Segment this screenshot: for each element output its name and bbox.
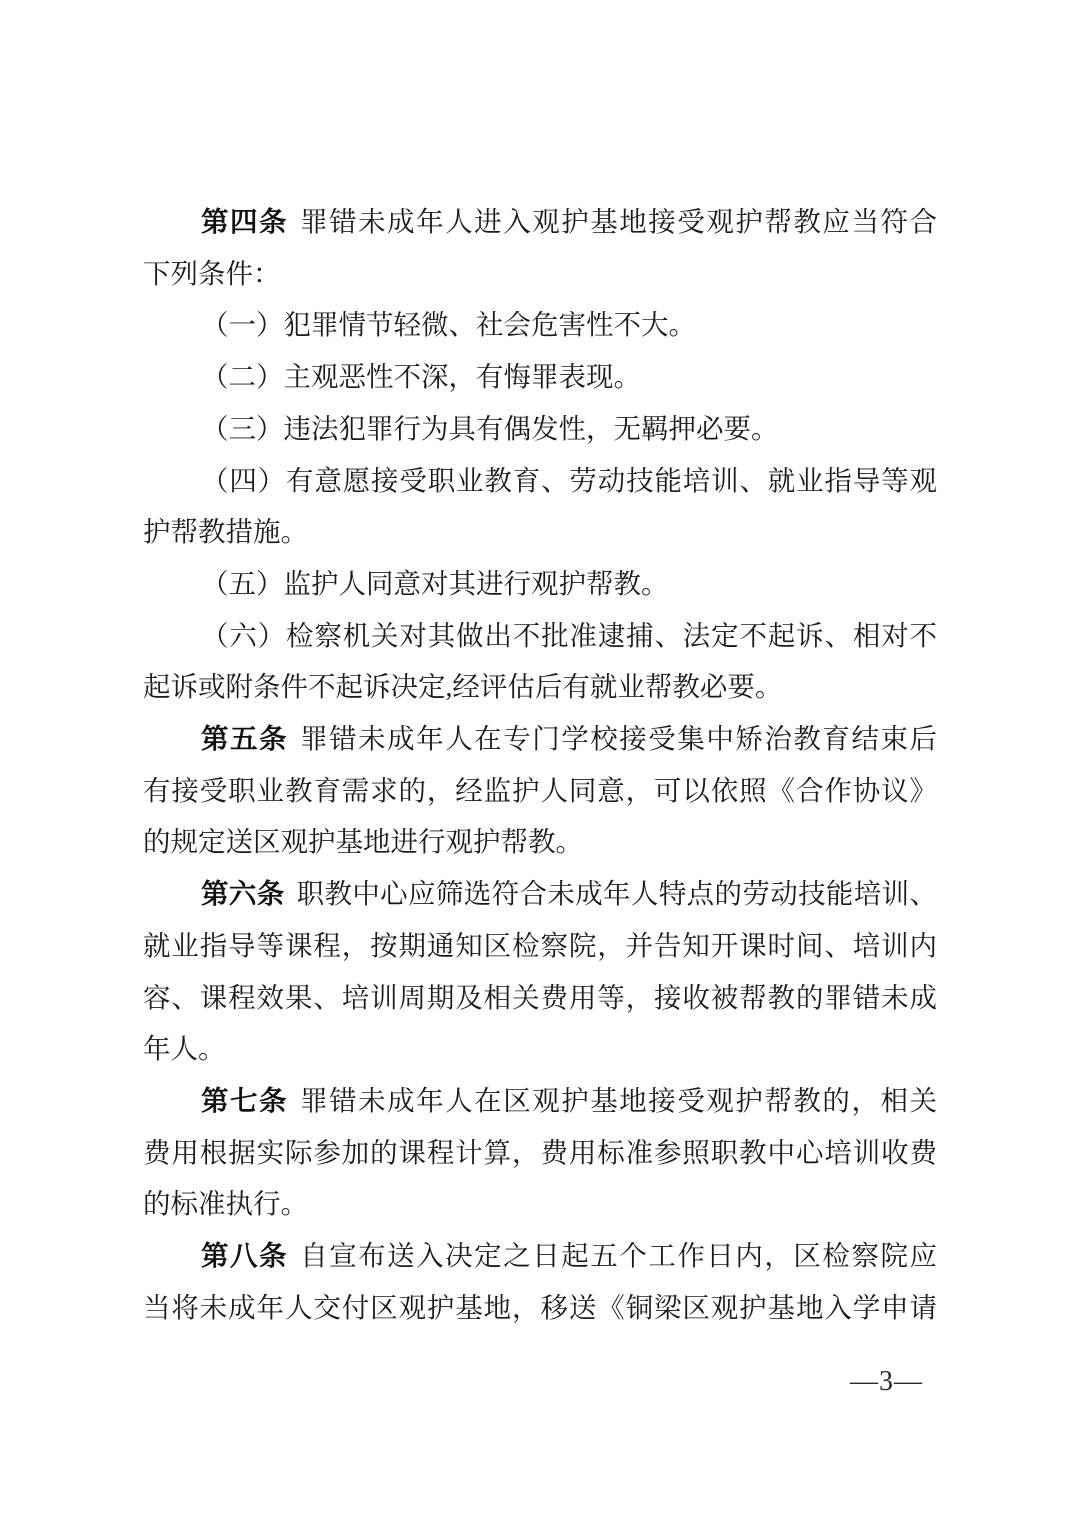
- text-line: 第八条自宣布送入决定之日起五个工作日内，区检察院应: [143, 1230, 937, 1282]
- document-body: 第四条罪错未成年人进入观护基地接受观护帮教应当符合下列条件：（一）犯罪情节轻微、…: [143, 196, 937, 1333]
- line-text: （六）检察机关对其做出不批准逮捕、法定不起诉、相对不: [201, 620, 937, 651]
- line-text: 自宣布送入决定之日起五个工作日内，区检察院应: [300, 1240, 937, 1271]
- line-text: 费用根据实际参加的课程计算，费用标准参照职教中心培训收费: [143, 1137, 937, 1168]
- line-text: 下列条件：: [143, 258, 281, 289]
- text-line: 费用根据实际参加的课程计算，费用标准参照职教中心培训收费: [143, 1127, 937, 1179]
- line-text: 罪错未成年人在专门学校接受集中矫治教育结束后: [300, 723, 937, 754]
- article-number: 第八条: [201, 1240, 288, 1271]
- text-line: 有接受职业教育需求的，经监护人同意，可以依照《合作协议》: [143, 765, 937, 817]
- text-line: 护帮教措施。: [143, 506, 937, 558]
- article-number: 第七条: [201, 1085, 288, 1116]
- text-line: （六）检察机关对其做出不批准逮捕、法定不起诉、相对不: [143, 610, 937, 662]
- text-line: 起诉或附条件不起诉决定,经评估后有就业帮教必要。: [143, 661, 937, 713]
- text-line: 第五条罪错未成年人在专门学校接受集中矫治教育结束后: [143, 713, 937, 765]
- text-line: 容、课程效果、培训周期及相关费用等，接收被帮教的罪错未成: [143, 972, 937, 1024]
- text-line: （三）违法犯罪行为具有偶发性，无羁押必要。: [143, 403, 937, 455]
- line-text: 职教中心应筛选符合未成年人特点的劳动技能培训、: [297, 878, 937, 909]
- line-text: 起诉或附条件不起诉决定,经评估后有就业帮教必要。: [143, 671, 782, 702]
- document-page: 第四条罪错未成年人进入观护基地接受观护帮教应当符合下列条件：（一）犯罪情节轻微、…: [0, 0, 1074, 1520]
- line-text: 有接受职业教育需求的，经监护人同意，可以依照《合作协议》: [143, 775, 937, 806]
- line-text: 当将未成年人交付区观护基地，移送《铜梁区观护基地入学申请: [143, 1292, 937, 1323]
- article-number: 第五条: [201, 723, 288, 754]
- text-line: 第七条罪错未成年人在区观护基地接受观护帮教的，相关: [143, 1075, 937, 1127]
- text-line: 的标准执行。: [143, 1178, 937, 1230]
- line-text: （二）主观恶性不深，有悔罪表现。: [201, 361, 641, 392]
- text-line: 下列条件：: [143, 248, 937, 300]
- line-text: 容、课程效果、培训周期及相关费用等，接收被帮教的罪错未成: [143, 982, 937, 1013]
- text-line: （四）有意愿接受职业教育、劳动技能培训、就业指导等观: [143, 455, 937, 507]
- line-text: 罪错未成年人在区观护基地接受观护帮教的，相关: [300, 1085, 937, 1116]
- line-text: 年人。: [143, 1033, 226, 1064]
- text-line: 就业指导等课程，按期通知区检察院，并告知开课时间、培训内: [143, 920, 937, 972]
- page-number: —3—: [850, 1362, 923, 1402]
- line-text: （三）违法犯罪行为具有偶发性，无羁押必要。: [201, 413, 779, 444]
- text-line: 的规定送区观护基地进行观护帮教。: [143, 816, 937, 868]
- text-line: 第六条职教中心应筛选符合未成年人特点的劳动技能培训、: [143, 868, 937, 920]
- text-line: （五）监护人同意对其进行观护帮教。: [143, 558, 937, 610]
- line-text: （四）有意愿接受职业教育、劳动技能培训、就业指导等观: [201, 465, 937, 496]
- article-number: 第六条: [201, 878, 285, 909]
- text-line: （二）主观恶性不深，有悔罪表现。: [143, 351, 937, 403]
- article-number: 第四条: [201, 206, 288, 237]
- line-text: （一）犯罪情节轻微、社会危害性不大。: [201, 309, 696, 340]
- line-text: 的标准执行。: [143, 1188, 308, 1219]
- text-line: 年人。: [143, 1023, 937, 1075]
- line-text: （五）监护人同意对其进行观护帮教。: [201, 568, 669, 599]
- text-line: 第四条罪错未成年人进入观护基地接受观护帮教应当符合: [143, 196, 937, 248]
- line-text: 的规定送区观护基地进行观护帮教。: [143, 826, 583, 857]
- line-text: 罪错未成年人进入观护基地接受观护帮教应当符合: [300, 206, 937, 237]
- line-text: 就业指导等课程，按期通知区检察院，并告知开课时间、培训内: [143, 930, 937, 961]
- text-line: 当将未成年人交付区观护基地，移送《铜梁区观护基地入学申请: [143, 1282, 937, 1334]
- text-line: （一）犯罪情节轻微、社会危害性不大。: [143, 299, 937, 351]
- line-text: 护帮教措施。: [143, 516, 308, 547]
